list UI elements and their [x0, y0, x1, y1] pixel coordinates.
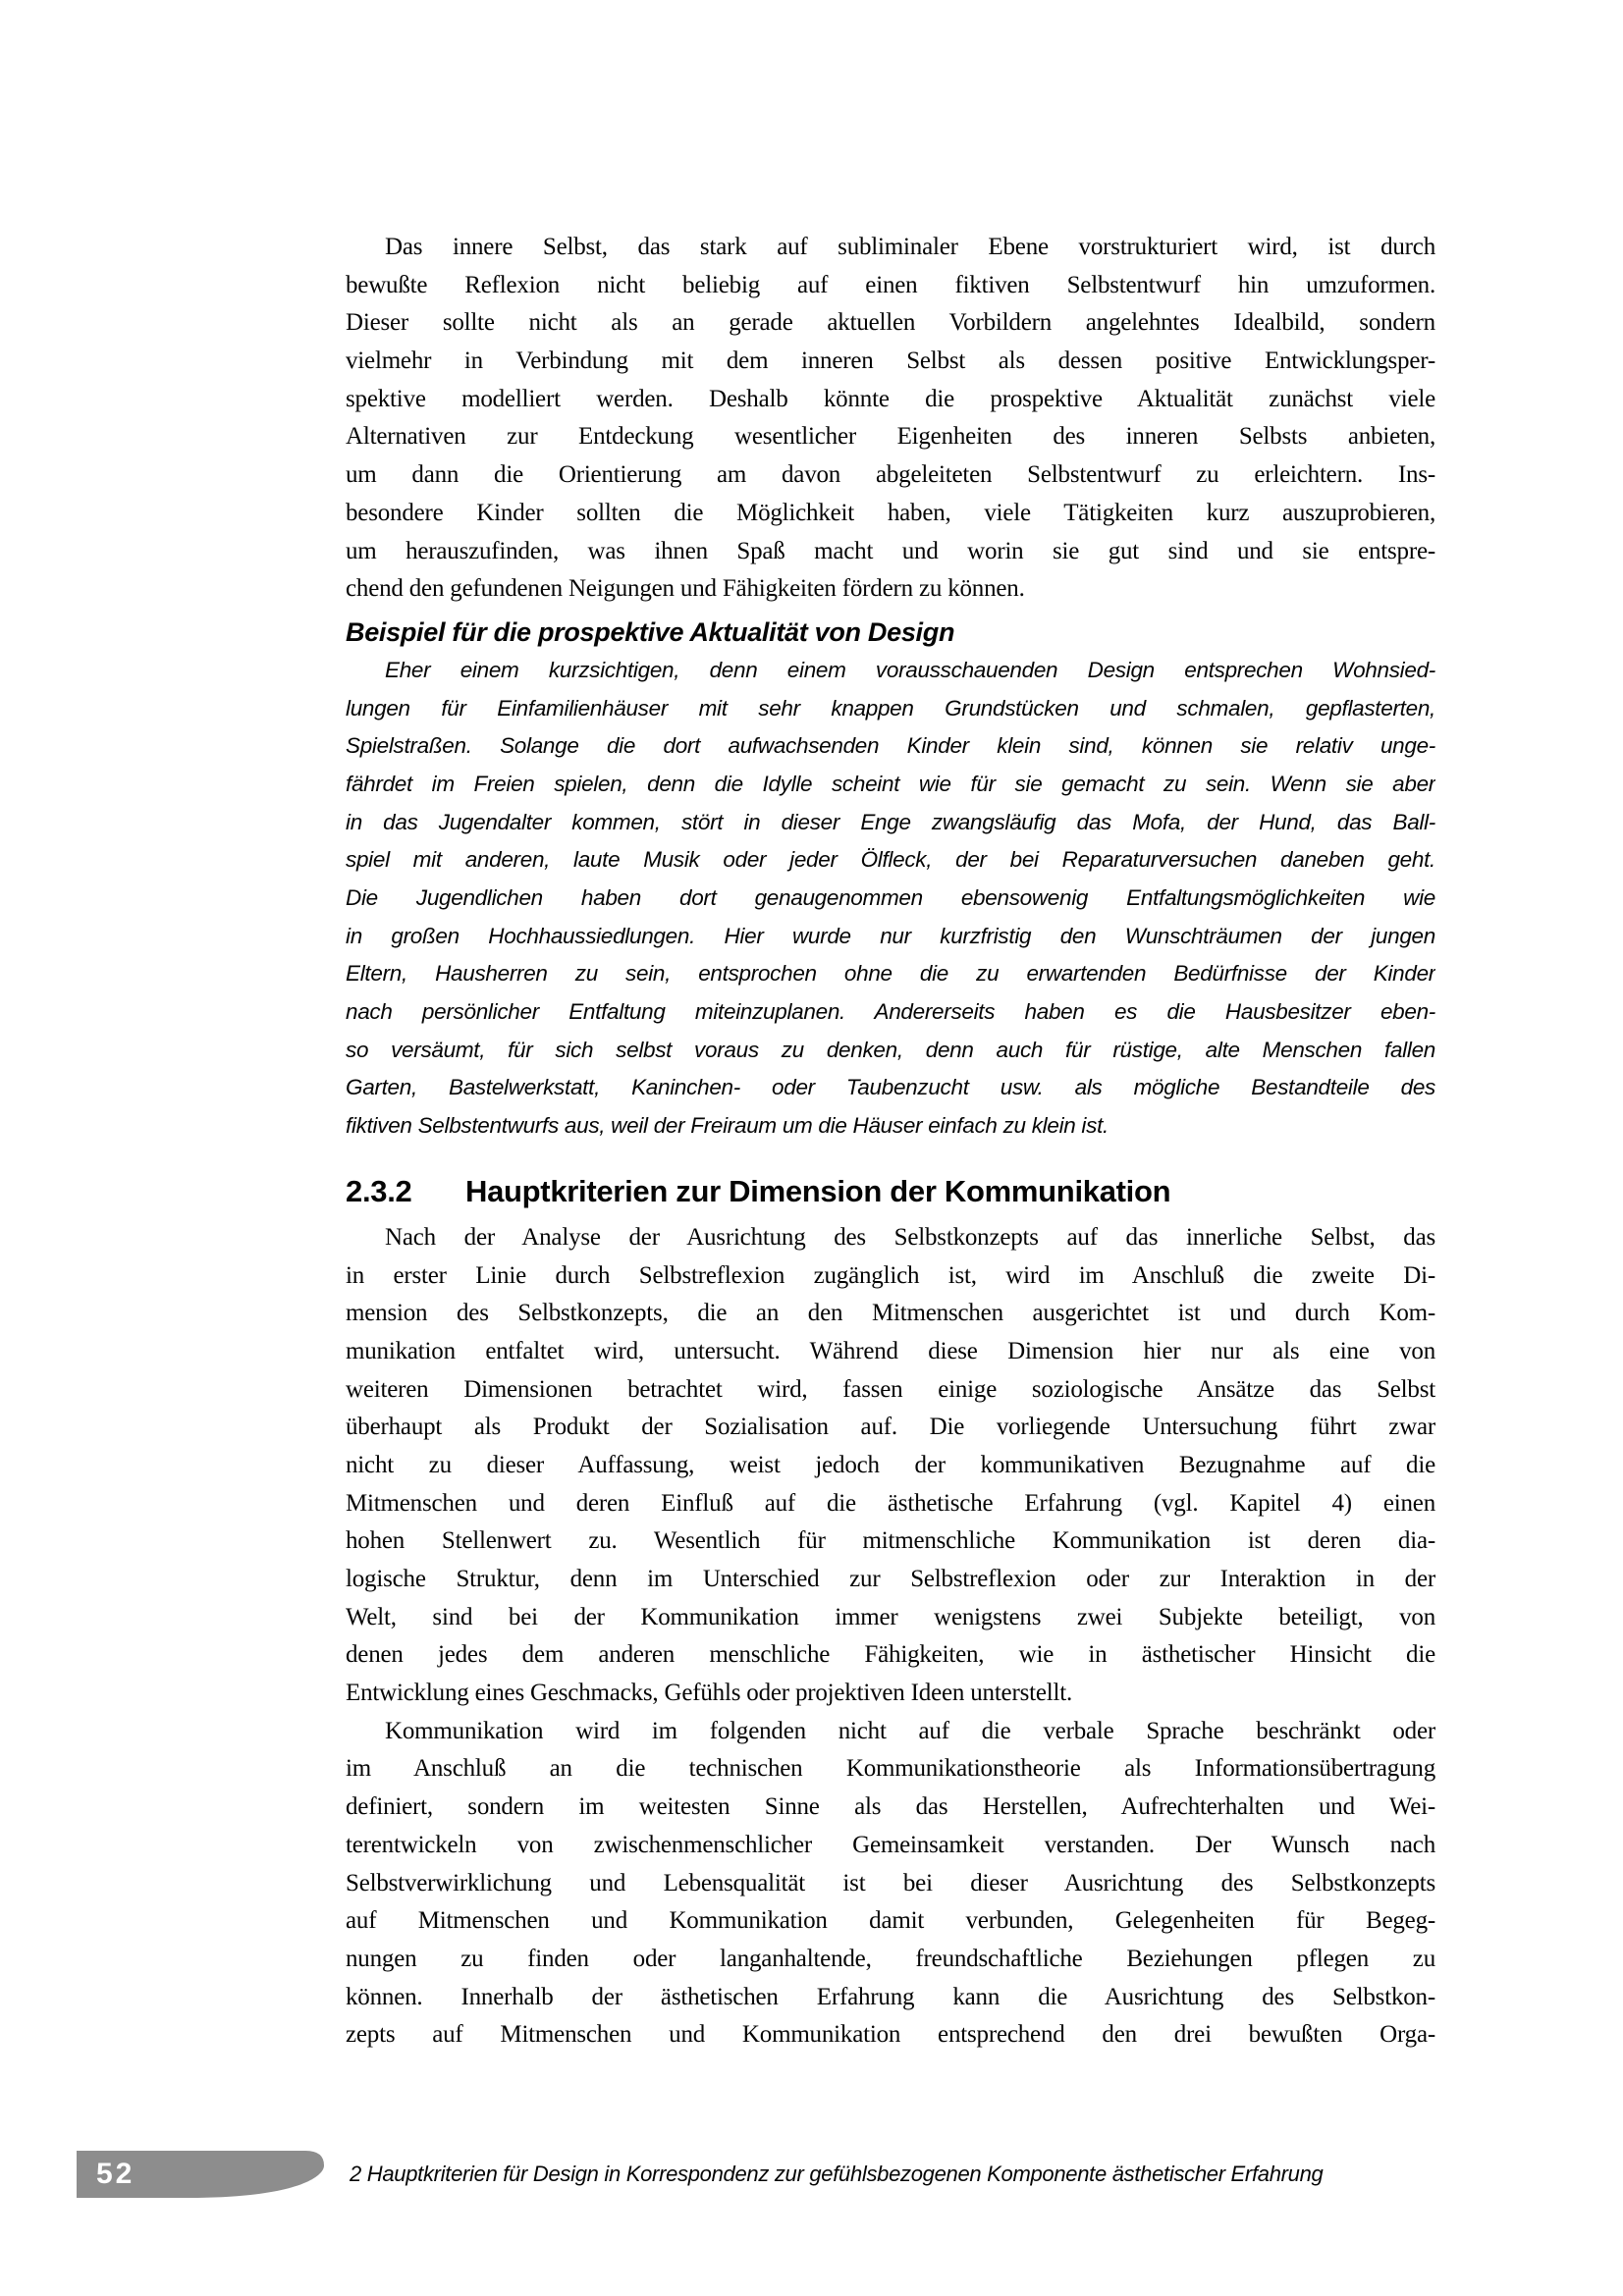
text-line: spiel mit anderen, laute Musik oder jede…: [346, 841, 1435, 880]
paragraph-inner-selbst: Das innere Selbst, das stark auf sublimi…: [346, 229, 1435, 609]
text-column: Das innere Selbst, das stark auf sublimi…: [346, 229, 1435, 2055]
text-line: definiert, sondern im weitesten Sinne al…: [346, 1789, 1435, 1827]
section-number: 2.3.2: [346, 1170, 465, 1213]
text-line: um dann die Orientierung am davon abgele…: [346, 456, 1435, 495]
running-footer-title: 2 Hauptkriterien für Design in Korrespon…: [350, 2151, 1439, 2197]
text-line: nungen zu finden oder langanhaltende, fr…: [346, 1941, 1435, 1979]
text-line: bewußte Reflexion nicht beliebig auf ein…: [346, 267, 1435, 305]
text-line: um herauszufinden, was ihnen Spaß macht …: [346, 533, 1435, 571]
page-number: 52: [96, 2151, 135, 2197]
text-line: mension des Selbstkonzepts, die an den M…: [346, 1295, 1435, 1333]
book-page: Das innere Selbst, das stark auf sublimi…: [0, 0, 1623, 2296]
text-line: in das Jugendalter kommen, stört in dies…: [346, 804, 1435, 842]
text-line: auf Mitmenschen und Kommunikation damit …: [346, 1902, 1435, 1941]
text-line: terentwickeln von zwischenmenschlicher G…: [346, 1827, 1435, 1865]
text-line: Dieser sollte nicht als an gerade aktuel…: [346, 304, 1435, 343]
text-line: Selbstverwirklichung und Lebensqualität …: [346, 1865, 1435, 1903]
text-line: chend den gefundenen Neigungen und Fähig…: [346, 570, 1435, 609]
text-line: im Anschluß an die technischen Kommunika…: [346, 1750, 1435, 1789]
text-line: überhaupt als Produkt der Sozialisation …: [346, 1409, 1435, 1447]
text-line: weiteren Dimensionen betrachtet wird, fa…: [346, 1371, 1435, 1410]
section-title: Hauptkriterien zur Dimension der Kommuni…: [465, 1170, 1170, 1213]
text-line: zepts auf Mitmenschen und Kommunikation …: [346, 2016, 1435, 2055]
text-line: Nach der Analyse der Ausrichtung des Sel…: [346, 1219, 1435, 1257]
paragraph-nach-der-analyse: Nach der Analyse der Ausrichtung des Sel…: [346, 1219, 1435, 1713]
text-line: besondere Kinder sollten die Möglichkeit…: [346, 495, 1435, 533]
text-line: Kommunikation wird im folgenden nicht au…: [346, 1713, 1435, 1751]
text-line: Eltern, Hausherren zu sein, entsprochen …: [346, 955, 1435, 993]
text-line: Das innere Selbst, das stark auf sublimi…: [346, 229, 1435, 267]
text-line: Welt, sind bei der Kommunikation immer w…: [346, 1599, 1435, 1637]
text-line: Die Jugendlichen haben dort genaugenomme…: [346, 880, 1435, 918]
text-line: lungen für Einfamilienhäuser mit sehr kn…: [346, 690, 1435, 728]
paragraph-example-design: Eher einem kurzsichtigen, denn einem vor…: [346, 652, 1435, 1146]
example-heading: Beispiel für die prospektive Aktualität …: [346, 614, 1435, 652]
text-line: in großen Hochhaussiedlungen. Hier wurde…: [346, 918, 1435, 956]
text-line: Alternativen zur Entdeckung wesentlicher…: [346, 418, 1435, 456]
text-line: Eher einem kurzsichtigen, denn einem vor…: [346, 652, 1435, 690]
section-heading-2-3-2: 2.3.2 Hauptkriterien zur Dimension der K…: [346, 1170, 1435, 1213]
text-line: denen jedes dem anderen menschliche Fähi…: [346, 1636, 1435, 1675]
text-line: Garten, Bastelwerkstatt, Kaninchen- oder…: [346, 1069, 1435, 1107]
text-line: Entwicklung eines Geschmacks, Gefühls od…: [346, 1675, 1435, 1713]
text-line: Spielstraßen. Solange die dort aufwachse…: [346, 727, 1435, 766]
text-line: hohen Stellenwert zu. Wesentlich für mit…: [346, 1522, 1435, 1561]
text-line: vielmehr in Verbindung mit dem inneren S…: [346, 343, 1435, 381]
text-line: munikation entfaltet wird, untersucht. W…: [346, 1333, 1435, 1371]
text-line: so versäumt, für sich selbst voraus zu d…: [346, 1032, 1435, 1070]
text-line: in erster Linie durch Selbstreflexion zu…: [346, 1257, 1435, 1296]
text-line: Mitmenschen und deren Einfluß auf die äs…: [346, 1485, 1435, 1523]
text-line: können. Innerhalb der ästhetischen Erfah…: [346, 1979, 1435, 2017]
text-line: spektive modelliert werden. Deshalb könn…: [346, 381, 1435, 419]
text-line: logische Struktur, denn im Unterschied z…: [346, 1561, 1435, 1599]
text-line: fiktiven Selbstentwurfs aus, weil der Fr…: [346, 1107, 1435, 1146]
text-line: nach persönlicher Entfaltung miteinzupla…: [346, 993, 1435, 1032]
text-line: fährdet im Freien spielen, denn die Idyl…: [346, 766, 1435, 804]
paragraph-kommunikation: Kommunikation wird im folgenden nicht au…: [346, 1713, 1435, 2055]
text-line: nicht zu dieser Auffassung, weist jedoch…: [346, 1447, 1435, 1485]
